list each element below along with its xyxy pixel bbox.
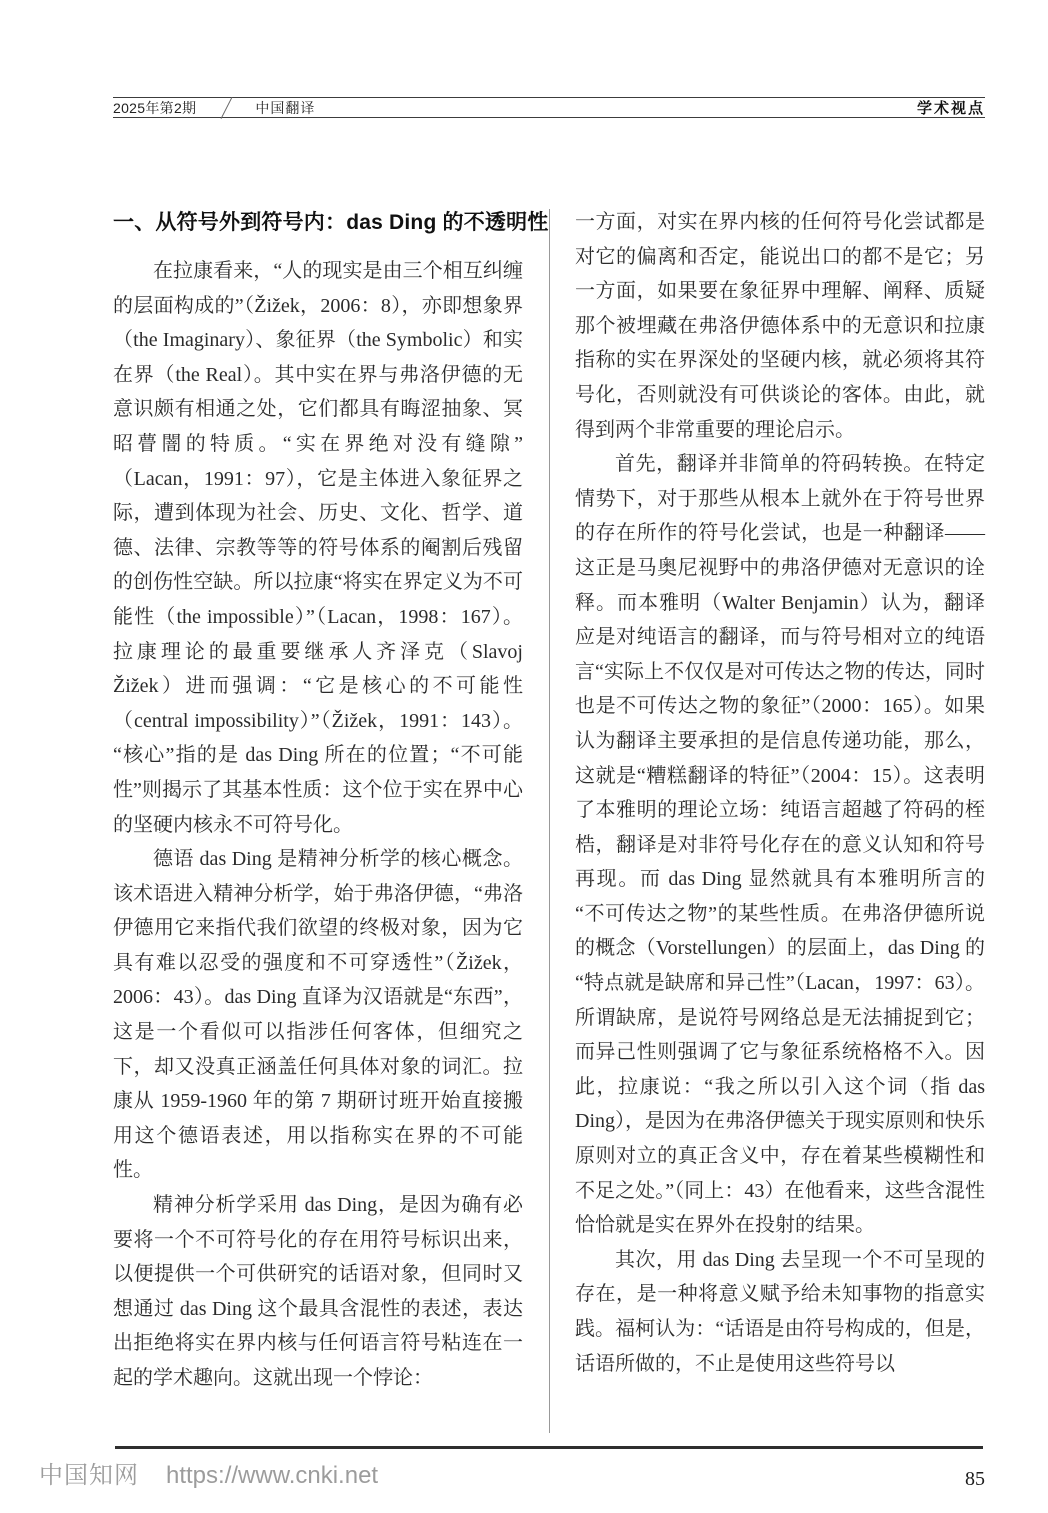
paragraph-right-3: 其次，用 das Ding 去呈现一个不可呈现的存在，是一种将意义赋予给未知事物… [575,1243,985,1381]
paragraph-right-2: 首先，翻译并非简单的符码转换。在特定情势下，对于那些从根本上就外在于符号世界的存… [575,447,985,1243]
journal-title: 中国翻译 [255,98,315,118]
paragraph-left-1: 在拉康看来，“人的现实是由三个相互纠缠的层面构成的”（Žižek，2006：8）… [113,254,523,842]
page-number: 85 [965,1468,985,1491]
paragraph-right-1-continuation: 一方面，对实在界内核的任何符号化尝试都是对它的偏离和否定，能说出口的都不是它；另… [575,205,985,447]
cnki-watermark: 中国知网 https://www.cnki.net [39,1455,378,1490]
left-column: 一、从符号外到符号内：das Ding 的不透明性 在拉康看来，“人的现实是由三… [113,205,523,1396]
header-left: 2025年第2期 中国翻译 [113,96,315,120]
page-header: 2025年第2期 中国翻译 学术视点 [113,97,985,118]
article-heading: 一、从符号外到符号内：das Ding 的不透明性 [113,205,523,241]
issue-label: 2025年第2期 [113,98,196,118]
cnki-site-name: 中国知网 [39,1455,139,1490]
footer-rule [115,1446,983,1449]
article-body: 一、从符号外到符号内：das Ding 的不透明性 在拉康看来，“人的现实是由三… [113,205,985,1396]
column-gap [523,205,575,1396]
separator-slash-icon [221,97,233,119]
paragraph-left-3: 精神分析学采用 das Ding，是因为确有必要将一个不可符号化的存在用符号标识… [113,1188,523,1396]
cnki-url: https://www.cnki.net [166,1462,378,1490]
right-column: 一方面，对实在界内核的任何符号化尝试都是对它的偏离和否定，能说出口的都不是它；另… [575,205,985,1396]
paragraph-left-2: 德语 das Ding 是精神分析学的核心概念。该术语进入精神分析学，始于弗洛伊… [113,842,523,1188]
journal-page: 2025年第2期 中国翻译 学术视点 一、从符号外到符号内：das Ding 的… [0,0,1048,1513]
column-divider [549,209,550,1433]
section-label: 学术视点 [917,97,985,118]
